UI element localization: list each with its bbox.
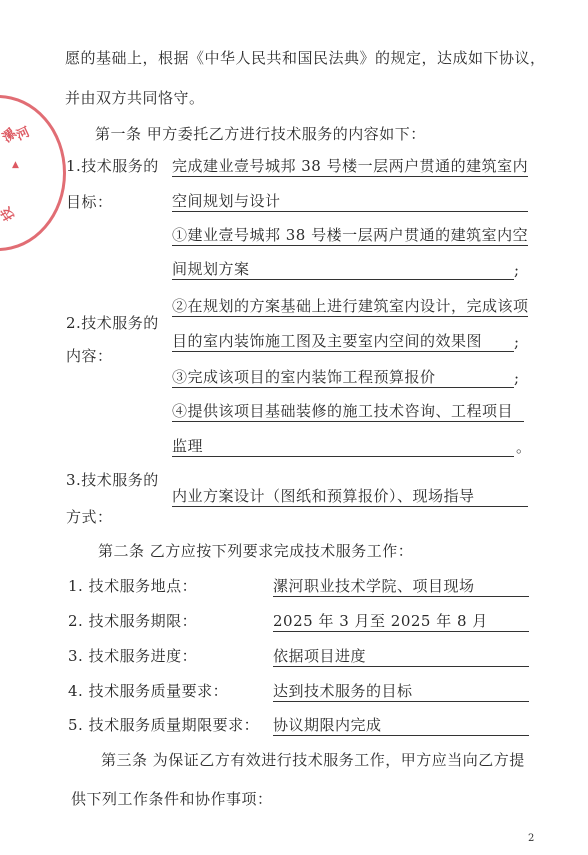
item-value: ③完成该项目的室内装饰工程预算报价	[172, 367, 514, 388]
article-3-line: 供下列工作条件和协作事项：	[71, 789, 273, 809]
line-end-punct: ;	[514, 332, 519, 352]
intro-line: 并由双方共同恪守。	[65, 88, 205, 108]
line-end-punct: 。	[516, 437, 531, 457]
line-end-punct: ;	[514, 260, 519, 280]
requirement-label: 5. 技术服务质量期限要求：	[68, 715, 259, 735]
item-label: 方式：	[66, 507, 113, 527]
item-label: 3.技术服务的	[66, 470, 159, 490]
item-value: 内业方案设计（图纸和预算报价）、现场指导	[172, 486, 528, 507]
document-page: 漯 河 技 ▲ 愿的基础上，根据《中华人民共和国民法典》的规定，达成如下协议， …	[0, 0, 588, 855]
requirement-label: 4. 技术服务质量要求：	[68, 681, 228, 701]
item-label: 内容：	[66, 346, 113, 366]
requirement-value: 协议期限内完成	[273, 715, 529, 736]
red-seal-stamp	[0, 95, 66, 251]
article-3-line: 第三条 为保证乙方有效进行技术服务工作，甲方应当向乙方提	[101, 750, 525, 770]
line-end-punct: ;	[514, 368, 519, 388]
requirement-label: 2. 技术服务期限：	[68, 611, 197, 631]
item-value: 目的室内装饰施工图及主要室内空间的效果图	[172, 331, 514, 352]
item-value: 间规划方案	[172, 259, 514, 280]
item-value: ④提供该项目基础装修的施工技术咨询、工程项目	[172, 401, 524, 422]
article-2-heading: 第二条 乙方应按下列要求完成技术服务工作：	[98, 541, 413, 561]
requirement-label: 1. 技术服务地点：	[68, 576, 197, 596]
item-value: 完成建业壹号城邦 38 号楼一层两户贯通的建筑室内	[172, 156, 528, 177]
article-1-heading: 第一条 甲方委托乙方进行技术服务的内容如下：	[95, 124, 426, 144]
requirement-value: 2025 年 3 月至 2025 年 8 月	[273, 611, 529, 632]
item-value: ①建业壹号城邦 38 号楼一层两户贯通的建筑室内空	[172, 225, 528, 246]
requirement-value: 依据项目进度	[273, 646, 529, 667]
item-label: 2.技术服务的	[66, 313, 159, 333]
seal-star-icon: ▲	[12, 160, 19, 170]
item-label: 目标：	[66, 192, 113, 212]
item-value: ②在规划的方案基础上进行建筑室内设计，完成该项	[172, 296, 528, 317]
requirement-label: 3. 技术服务进度：	[68, 646, 197, 666]
page-number: 2	[528, 833, 534, 844]
requirement-value: 漯河职业技术学院、项目现场	[273, 576, 529, 597]
item-value: 空间规划与设计	[172, 191, 528, 212]
item-value: 监理	[172, 436, 514, 457]
requirement-value: 达到技术服务的目标	[273, 681, 529, 702]
item-label: 1.技术服务的	[66, 156, 159, 176]
intro-line: 愿的基础上，根据《中华人民共和国民法典》的规定，达成如下协议，	[65, 48, 546, 68]
